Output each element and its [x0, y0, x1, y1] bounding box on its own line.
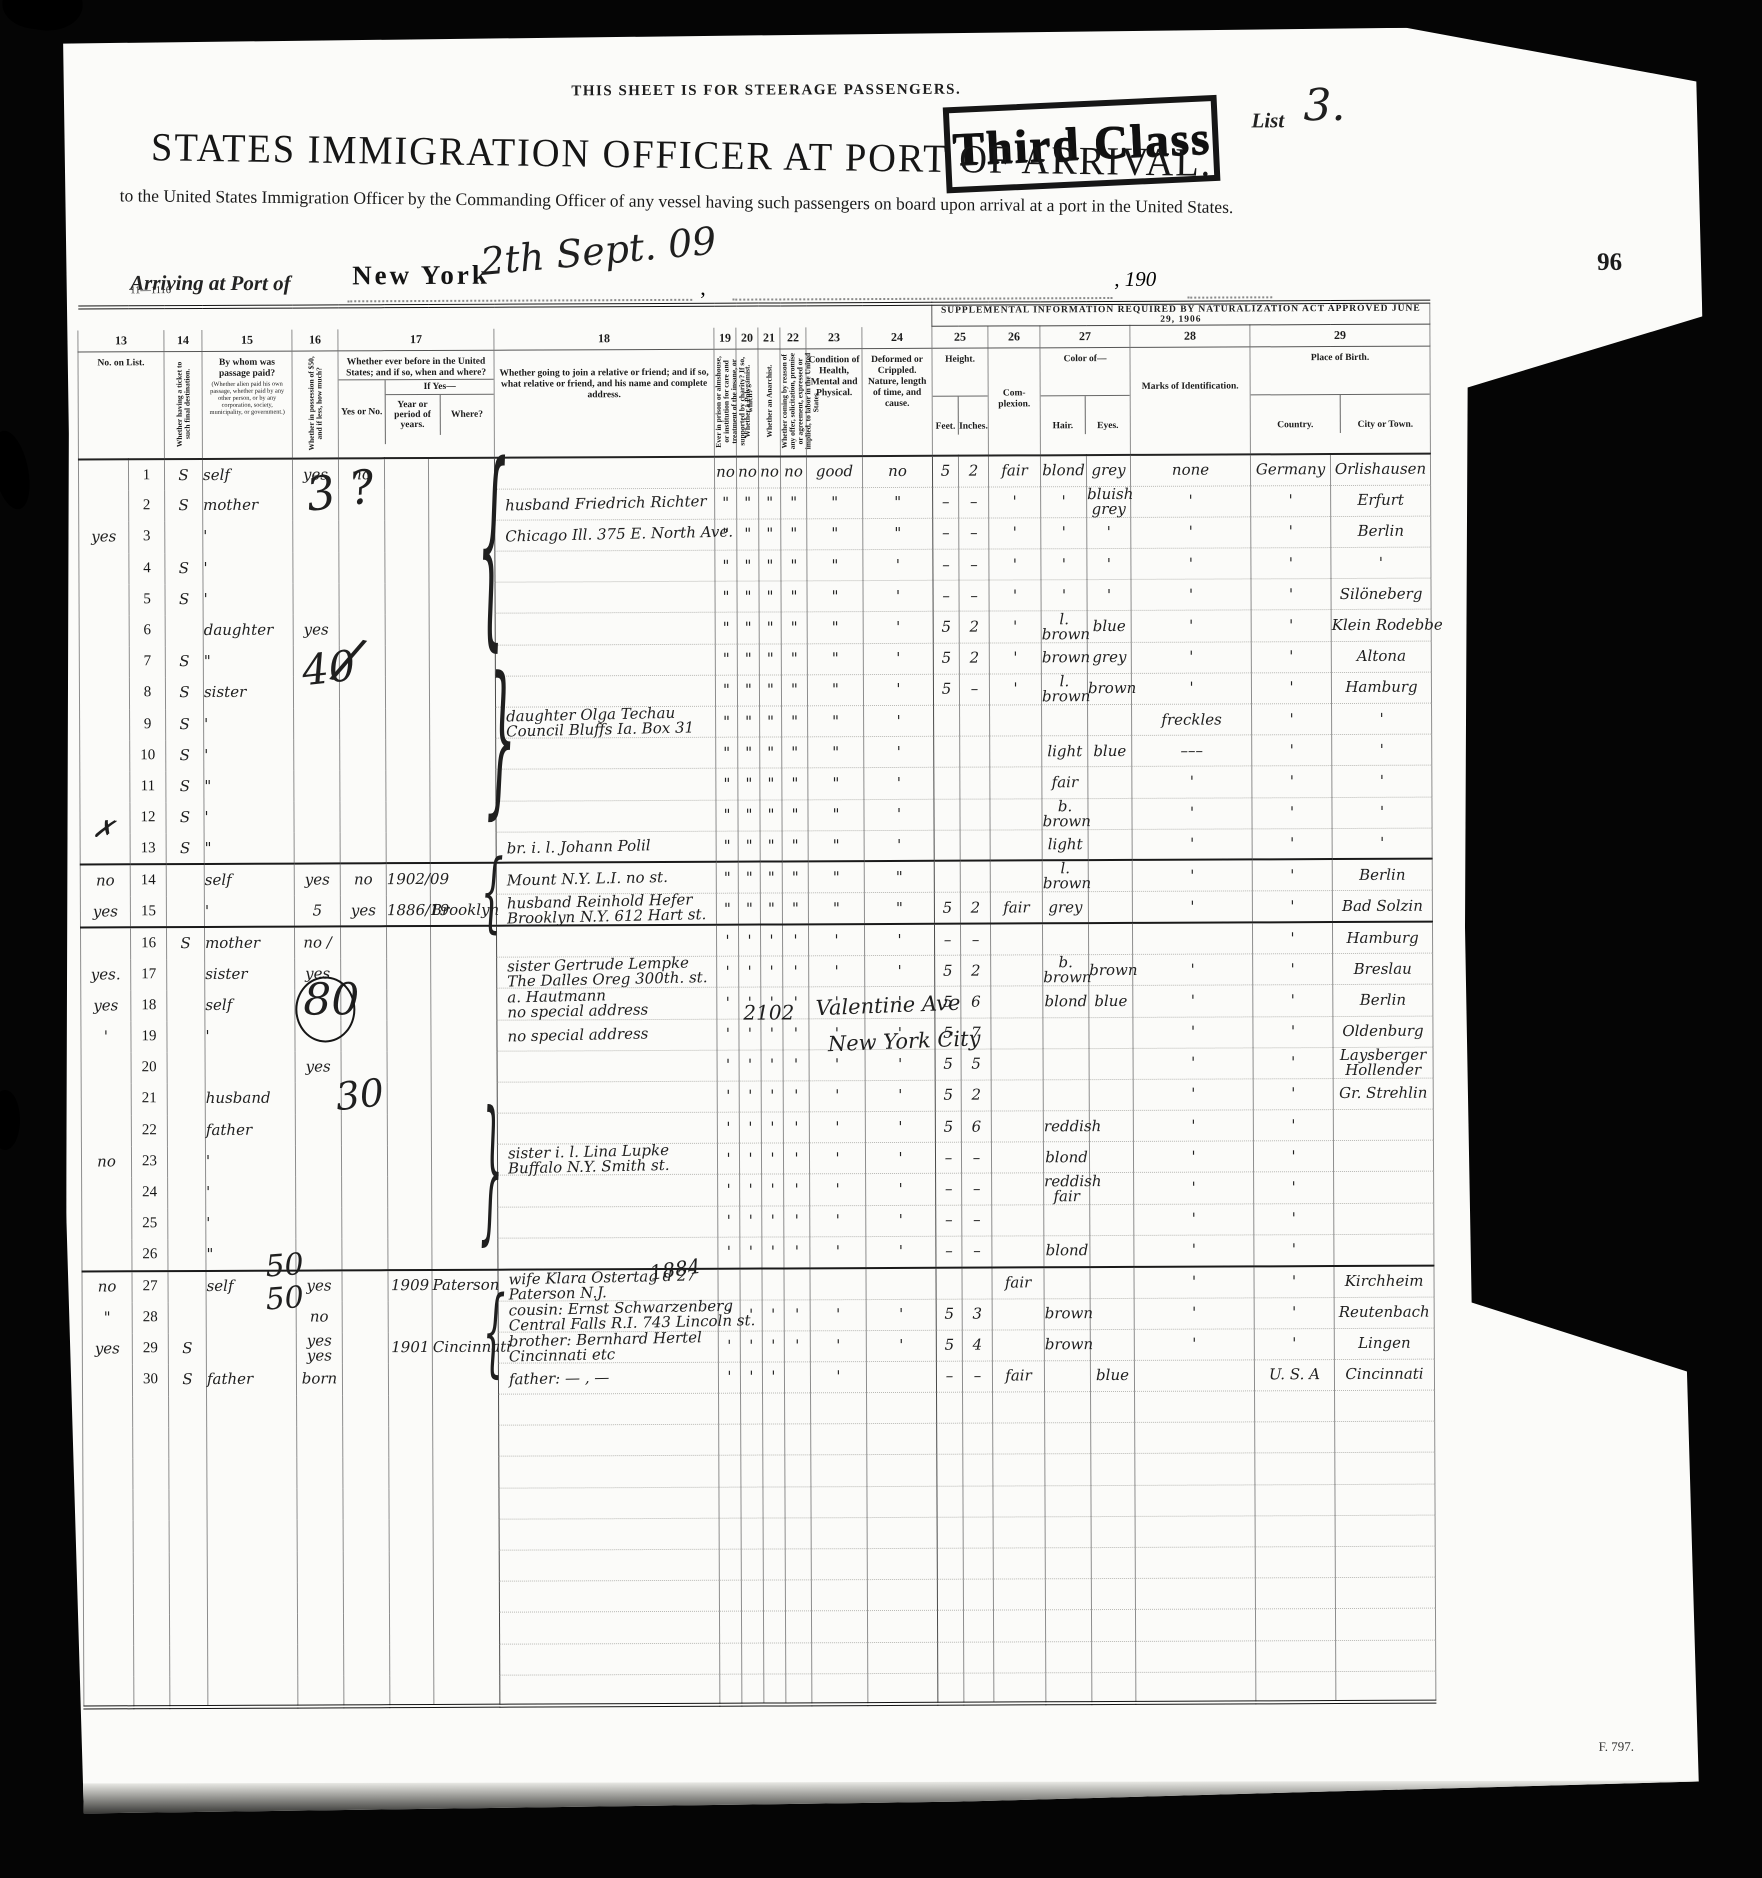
cell-no: 6 — [129, 615, 165, 646]
cell-c24 — [868, 1673, 938, 1704]
cell-eyes — [1088, 704, 1132, 735]
cell-hair: light — [1042, 736, 1088, 767]
col-number: 26 — [988, 326, 1040, 348]
cell-c24: ' — [863, 549, 933, 580]
cell-city — [1333, 1140, 1433, 1172]
cell-c23: " — [807, 674, 863, 705]
cell-m — [83, 1489, 133, 1520]
cell-c19: ' — [718, 1175, 740, 1206]
cell-m — [80, 709, 130, 740]
cell-t: S — [166, 833, 204, 864]
cell-yr: 1901 — [388, 1332, 432, 1363]
cell-hair — [1044, 1204, 1090, 1235]
cell-c19 — [719, 1518, 741, 1549]
cell-city: Bad Solzin — [1332, 891, 1432, 923]
cell-hair: ' — [1041, 549, 1087, 580]
cell-city — [1334, 1172, 1434, 1204]
cell-country: ' — [1253, 1141, 1333, 1173]
ruled-line — [1187, 296, 1272, 298]
cell-hair — [1043, 1017, 1089, 1048]
cell-ft — [934, 861, 960, 893]
column-label-row: No. on List. Whether having a ticket to … — [78, 346, 1430, 459]
cell-c24 — [868, 1642, 938, 1673]
cell-ft: – — [933, 518, 959, 549]
cell-marks: ' — [1132, 860, 1252, 892]
cell-yn: yes — [340, 895, 386, 927]
cell-country — [1255, 1453, 1335, 1485]
cell-no: 16 — [130, 928, 166, 959]
cell-country — [1256, 1609, 1336, 1641]
cell-no: 4 — [129, 553, 165, 584]
col-number: 25 — [932, 326, 988, 348]
cell-c21: ' — [761, 956, 783, 987]
money-scrawl: 30 — [334, 1073, 386, 1116]
cell-c19: " — [716, 831, 738, 862]
cell-note — [499, 1612, 719, 1644]
cell-comp — [990, 798, 1042, 829]
cell-c21: " — [760, 800, 782, 831]
cell-comp — [993, 1517, 1045, 1548]
cell-c21 — [763, 1424, 785, 1455]
cell-note: father: — , — — [498, 1362, 718, 1394]
cell-city: Kirchheim — [1334, 1265, 1434, 1297]
cell-country: ' — [1253, 1016, 1333, 1048]
money-scrawl: 50 — [265, 1283, 305, 1316]
cell-money: yes — [294, 864, 340, 896]
cell-t — [168, 1270, 206, 1302]
cell-marks: ' — [1131, 517, 1251, 549]
cell-c20: " — [737, 581, 759, 612]
cell-country — [1255, 1578, 1335, 1610]
cell-note — [495, 581, 715, 613]
cell-c24 — [867, 1455, 937, 1486]
cell-eyes — [1088, 767, 1132, 798]
cell-money — [297, 1457, 343, 1488]
cell-ft — [934, 705, 960, 736]
cell-money — [298, 1644, 344, 1675]
cell-country: ' — [1254, 1172, 1334, 1204]
cell-city — [1336, 1671, 1436, 1703]
cell-note — [499, 1549, 719, 1581]
cell-c19 — [719, 1549, 741, 1580]
cell-eyes: ' — [1087, 580, 1131, 611]
cell-c21: ' — [761, 1081, 783, 1112]
cell-inch: 2 — [959, 611, 989, 642]
cell-m — [79, 678, 129, 709]
cell-marks: ' — [1134, 1204, 1254, 1236]
cell-hair: l. brown — [1041, 611, 1087, 642]
cell-inch — [960, 767, 990, 798]
cell-paid: ' — [205, 1145, 295, 1177]
cell-eyes — [1089, 1142, 1133, 1173]
cell-c19: " — [715, 550, 737, 581]
cell-c21: " — [759, 550, 781, 581]
page-number: 96 — [1597, 249, 1622, 277]
cell-c20: ' — [738, 925, 760, 956]
cell-c24: " — [864, 861, 934, 893]
cell-ft: 5 — [934, 893, 960, 925]
header-height: Height. Feet. Inches. — [932, 348, 988, 456]
cell-hair: brown — [1041, 642, 1087, 673]
cell-no: 1 — [128, 459, 164, 490]
header-yes-or-no: Yes or No. — [339, 380, 386, 444]
cell-t — [167, 990, 205, 1021]
cell-c19 — [719, 1612, 741, 1643]
cell-c20: ' — [740, 1174, 762, 1205]
cell-c20: ' — [740, 1362, 762, 1393]
cell-paid: self — [204, 864, 294, 896]
cell-c24: ' — [865, 1111, 935, 1142]
cell-m — [79, 584, 129, 615]
header-inches: Inches. — [959, 396, 988, 434]
cell-c20 — [741, 1611, 763, 1642]
cell-c19: ' — [717, 987, 739, 1018]
cell-inch — [960, 799, 990, 830]
cell-c24: ' — [863, 674, 933, 705]
cell-no — [133, 1396, 169, 1427]
cell-yn — [339, 583, 385, 614]
scan-artifact — [0, 1090, 20, 1150]
cell-comp — [993, 1392, 1045, 1423]
cell-c23: ' — [810, 1205, 866, 1236]
cell-eyes — [1091, 1391, 1135, 1422]
cell-t — [167, 1115, 205, 1146]
cell-c19: " — [715, 488, 737, 519]
cell-paid: " — [204, 833, 294, 865]
cell-paid — [207, 1458, 297, 1490]
cell-wh — [434, 1644, 500, 1675]
cell-yr — [389, 1582, 433, 1613]
cell-m — [84, 1677, 134, 1708]
cell-city: Hamburg — [1331, 672, 1431, 704]
cell-paid: ' — [206, 1208, 296, 1240]
cell-c23: ' — [810, 1299, 866, 1330]
cell-ft: – — [936, 1174, 962, 1205]
cell-no — [133, 1458, 169, 1489]
cell-paid: mother — [203, 490, 293, 522]
cell-city — [1333, 1109, 1433, 1141]
cell-ft — [938, 1611, 964, 1642]
cell-ft — [937, 1579, 963, 1610]
cell-c22: " — [781, 519, 807, 550]
cell-eyes — [1088, 829, 1132, 860]
cell-c23: ' — [810, 1174, 866, 1205]
cell-ft: 5 — [933, 612, 959, 643]
cell-comp — [994, 1610, 1046, 1641]
cell-c20 — [741, 1487, 763, 1518]
cell-c19: ' — [717, 1112, 739, 1143]
cell-city: ' — [1331, 547, 1431, 579]
cell-c20: ' — [740, 1331, 762, 1362]
cell-c21: " — [760, 737, 782, 768]
cell-yr — [385, 520, 429, 551]
cell-inch — [960, 736, 990, 767]
cell-yn — [342, 1238, 388, 1269]
cell-hair: reddish — [1043, 1111, 1089, 1142]
cell-no: 10 — [130, 740, 166, 771]
cell-hair: blond — [1044, 1235, 1090, 1266]
cell-country: ' — [1252, 891, 1332, 923]
cell-hair: light — [1042, 829, 1088, 860]
cell-m — [83, 1396, 133, 1427]
cell-yn — [343, 1457, 389, 1488]
cell-paid: ' — [205, 1021, 295, 1053]
form-number: 11—1116 — [130, 285, 171, 296]
header-contract-labor: Whether coming by reason of any offer, s… — [780, 349, 806, 457]
cell-c20: ' — [740, 1206, 762, 1237]
cell-ft: – — [935, 1142, 961, 1173]
cell-c24: " — [863, 518, 933, 549]
cell-m — [82, 1177, 132, 1208]
brace: { — [483, 1288, 506, 1384]
cell-yn — [340, 832, 386, 863]
cell-inch: 5 — [961, 1049, 991, 1080]
cell-paid — [205, 1052, 295, 1084]
cell-wh — [433, 1550, 499, 1581]
cell-c22 — [785, 1424, 811, 1455]
cell-m — [80, 771, 130, 802]
cell-hair — [1045, 1548, 1091, 1579]
cell-eyes — [1090, 1329, 1134, 1360]
header-feet: Feet. — [933, 397, 959, 435]
cell-yr — [386, 926, 430, 957]
cell-c22 — [785, 1455, 811, 1486]
cell-comp — [993, 1423, 1045, 1454]
cell-t — [167, 1052, 205, 1083]
cell-c20 — [740, 1268, 762, 1300]
cell-money — [298, 1676, 344, 1707]
cell-inch: 2 — [959, 643, 989, 674]
cell-comp: fair — [988, 455, 1040, 486]
cell-comp: ' — [989, 549, 1041, 580]
cell-c21 — [763, 1455, 785, 1486]
cell-paid: ' — [203, 552, 293, 584]
cell-marks: ' — [1131, 486, 1251, 518]
cell-c23 — [811, 1611, 867, 1642]
cell-c20: " — [737, 612, 759, 643]
cell-note — [499, 1424, 719, 1456]
cell-c23 — [811, 1580, 867, 1611]
cell-money — [294, 739, 340, 770]
cell-eyes: grey — [1086, 455, 1130, 486]
cell-city — [1335, 1484, 1435, 1516]
cell-c20: " — [738, 706, 760, 737]
cell-no: 9 — [130, 709, 166, 740]
cell-c22: " — [781, 488, 807, 519]
cell-ft — [934, 768, 960, 799]
cell-paid — [208, 1676, 298, 1708]
cell-paid — [207, 1613, 297, 1645]
cell-city: Klein Rodebbe — [1331, 610, 1431, 642]
cell-c23 — [811, 1455, 867, 1486]
cell-c23 — [812, 1642, 868, 1673]
cell-note — [500, 1643, 720, 1675]
list-number-handwritten: 3. — [1303, 80, 1345, 131]
cell-no — [134, 1645, 170, 1676]
cell-country: Germany — [1250, 454, 1330, 486]
cell-marks: ' — [1134, 1266, 1254, 1298]
cell-country: ' — [1251, 485, 1331, 517]
cell-country: ' — [1252, 735, 1332, 767]
cell-c21: " — [759, 581, 781, 612]
cell-yr — [385, 676, 429, 707]
cell-eyes — [1091, 1423, 1135, 1454]
cell-money — [294, 770, 340, 801]
cell-yr — [390, 1675, 434, 1706]
cell-c24: ' — [866, 1330, 936, 1361]
cell-country — [1255, 1515, 1335, 1547]
cell-c23: " — [808, 830, 864, 861]
header-year-period: Year or period of years. — [386, 395, 441, 435]
cell-no: 23 — [131, 1146, 167, 1177]
cell-m — [81, 1052, 131, 1083]
cell-c23: ' — [809, 1080, 865, 1111]
cell-c22: ' — [783, 1143, 809, 1174]
money-scrawl: 50 — [264, 1250, 304, 1283]
cell-c24: ' — [866, 1174, 936, 1205]
cell-eyes — [1090, 1235, 1134, 1266]
cell-country — [1255, 1391, 1335, 1423]
cell-wh — [433, 1425, 499, 1456]
cell-c21: ' — [762, 1362, 784, 1393]
cell-c24: ' — [864, 924, 934, 955]
cell-ft: 5 — [935, 1049, 961, 1080]
cell-c23: " — [808, 706, 864, 737]
cell-no: 22 — [131, 1115, 167, 1146]
cell-wh — [433, 1581, 499, 1612]
cell-marks: ' — [1132, 766, 1252, 798]
cell-city: Oldenburg — [1333, 1016, 1433, 1048]
cell-note — [495, 675, 715, 707]
cell-comp: ' — [989, 611, 1041, 642]
cell-ft: – — [936, 1361, 962, 1392]
cell-wh — [434, 1675, 500, 1706]
cell-note: daughter Olga TechauCouncil Bluffs Ia. B… — [496, 706, 716, 738]
cell-money — [293, 552, 339, 583]
cell-marks — [1135, 1485, 1255, 1517]
cell-c21: ' — [762, 1237, 784, 1268]
cell-c23: " — [808, 799, 864, 830]
cell-c20: ' — [739, 1050, 761, 1081]
cell-c22 — [786, 1642, 812, 1673]
cell-c22 — [785, 1580, 811, 1611]
cell-t — [169, 1583, 207, 1614]
cell-city — [1335, 1421, 1435, 1453]
cell-hair: b. brown — [1043, 955, 1089, 986]
cell-ft — [934, 736, 960, 767]
cell-c24 — [867, 1548, 937, 1579]
cell-c22: ' — [784, 1299, 810, 1330]
cell-hair — [1043, 924, 1089, 955]
cell-t — [167, 1021, 205, 1052]
cell-marks: ' — [1133, 1048, 1253, 1080]
cell-comp: ' — [989, 487, 1041, 518]
cell-c23: " — [808, 768, 864, 799]
header-marks-identification: Marks of Identification. — [1130, 347, 1250, 455]
cell-inch — [962, 1267, 992, 1299]
cell-c23 — [812, 1673, 868, 1704]
cell-note — [496, 737, 716, 769]
address-scrawl: 2102 — [743, 1002, 794, 1022]
cell-yr — [385, 614, 429, 645]
paper-sheet: THIS SHEET IS FOR STEERAGE PASSENGERS. T… — [51, 26, 1719, 1828]
footer-form-code: F. 797. — [1599, 1739, 1635, 1755]
cell-c23: " — [807, 643, 863, 674]
cell-m: yes — [80, 896, 130, 928]
cell-t — [170, 1676, 208, 1707]
cell-inch: 6 — [961, 1111, 991, 1142]
cell-inch — [963, 1517, 993, 1548]
cell-no: 29 — [132, 1333, 168, 1364]
cell-c19 — [718, 1268, 740, 1300]
header-city-or-town: City or Town. — [1341, 395, 1430, 433]
cell-yr — [388, 1238, 432, 1269]
cell-m — [83, 1552, 133, 1583]
cell-yn — [343, 1395, 389, 1426]
cell-country — [1256, 1640, 1336, 1672]
cell-c22: ' — [783, 1050, 809, 1081]
cell-marks — [1136, 1672, 1256, 1704]
cell-ft: 5 — [936, 1330, 962, 1361]
cell-yr — [385, 645, 429, 676]
cell-marks — [1136, 1609, 1256, 1641]
cell-c22: " — [781, 581, 807, 612]
cell-comp — [990, 736, 1042, 767]
cell-eyes — [1089, 1079, 1133, 1110]
cell-c21: ' — [762, 1206, 784, 1237]
cell-paid — [207, 1520, 297, 1552]
cell-country: ' — [1254, 1234, 1334, 1266]
cell-m: yes — [79, 522, 129, 553]
cell-t: S — [166, 802, 204, 833]
cell-c21: ' — [761, 1112, 783, 1143]
cell-hair — [1044, 1267, 1090, 1299]
cell-note — [498, 1206, 718, 1238]
cell-c23 — [811, 1393, 867, 1424]
cell-yr — [388, 1363, 432, 1394]
header-if-yes: If Yes— — [386, 380, 494, 395]
cell-c23 — [811, 1517, 867, 1548]
cell-eyes — [1092, 1610, 1136, 1641]
cell-c22 — [785, 1393, 811, 1424]
cell-note — [496, 769, 716, 801]
cell-m — [81, 1084, 131, 1115]
cell-comp — [992, 1298, 1044, 1329]
header-anarchist: Whether an Anarchist. — [758, 349, 780, 457]
cell-no: 5 — [129, 584, 165, 615]
header-ticket: Whether having a ticket to such final de… — [164, 351, 202, 459]
cell-t — [169, 1614, 207, 1645]
cell-comp: ' — [989, 580, 1041, 611]
cell-country: ' — [1254, 1297, 1334, 1329]
cell-marks — [1135, 1547, 1255, 1579]
cell-marks — [1135, 1578, 1255, 1610]
cell-city — [1335, 1453, 1435, 1485]
cell-c21: " — [759, 612, 781, 643]
header-fifty-dollars: Whether in possession of $50, and if les… — [292, 351, 338, 459]
cell-no: 21 — [131, 1084, 167, 1115]
cell-t — [169, 1458, 207, 1489]
cell-c19: " — [716, 706, 738, 737]
cell-country: ' — [1252, 797, 1332, 829]
cell-country — [1255, 1547, 1335, 1579]
cell-c23: " — [808, 737, 864, 768]
cell-yn — [343, 1551, 389, 1582]
cell-no: 28 — [132, 1302, 168, 1333]
cell-paid — [207, 1489, 297, 1521]
cell-no — [133, 1614, 169, 1645]
cell-yr — [386, 832, 430, 863]
